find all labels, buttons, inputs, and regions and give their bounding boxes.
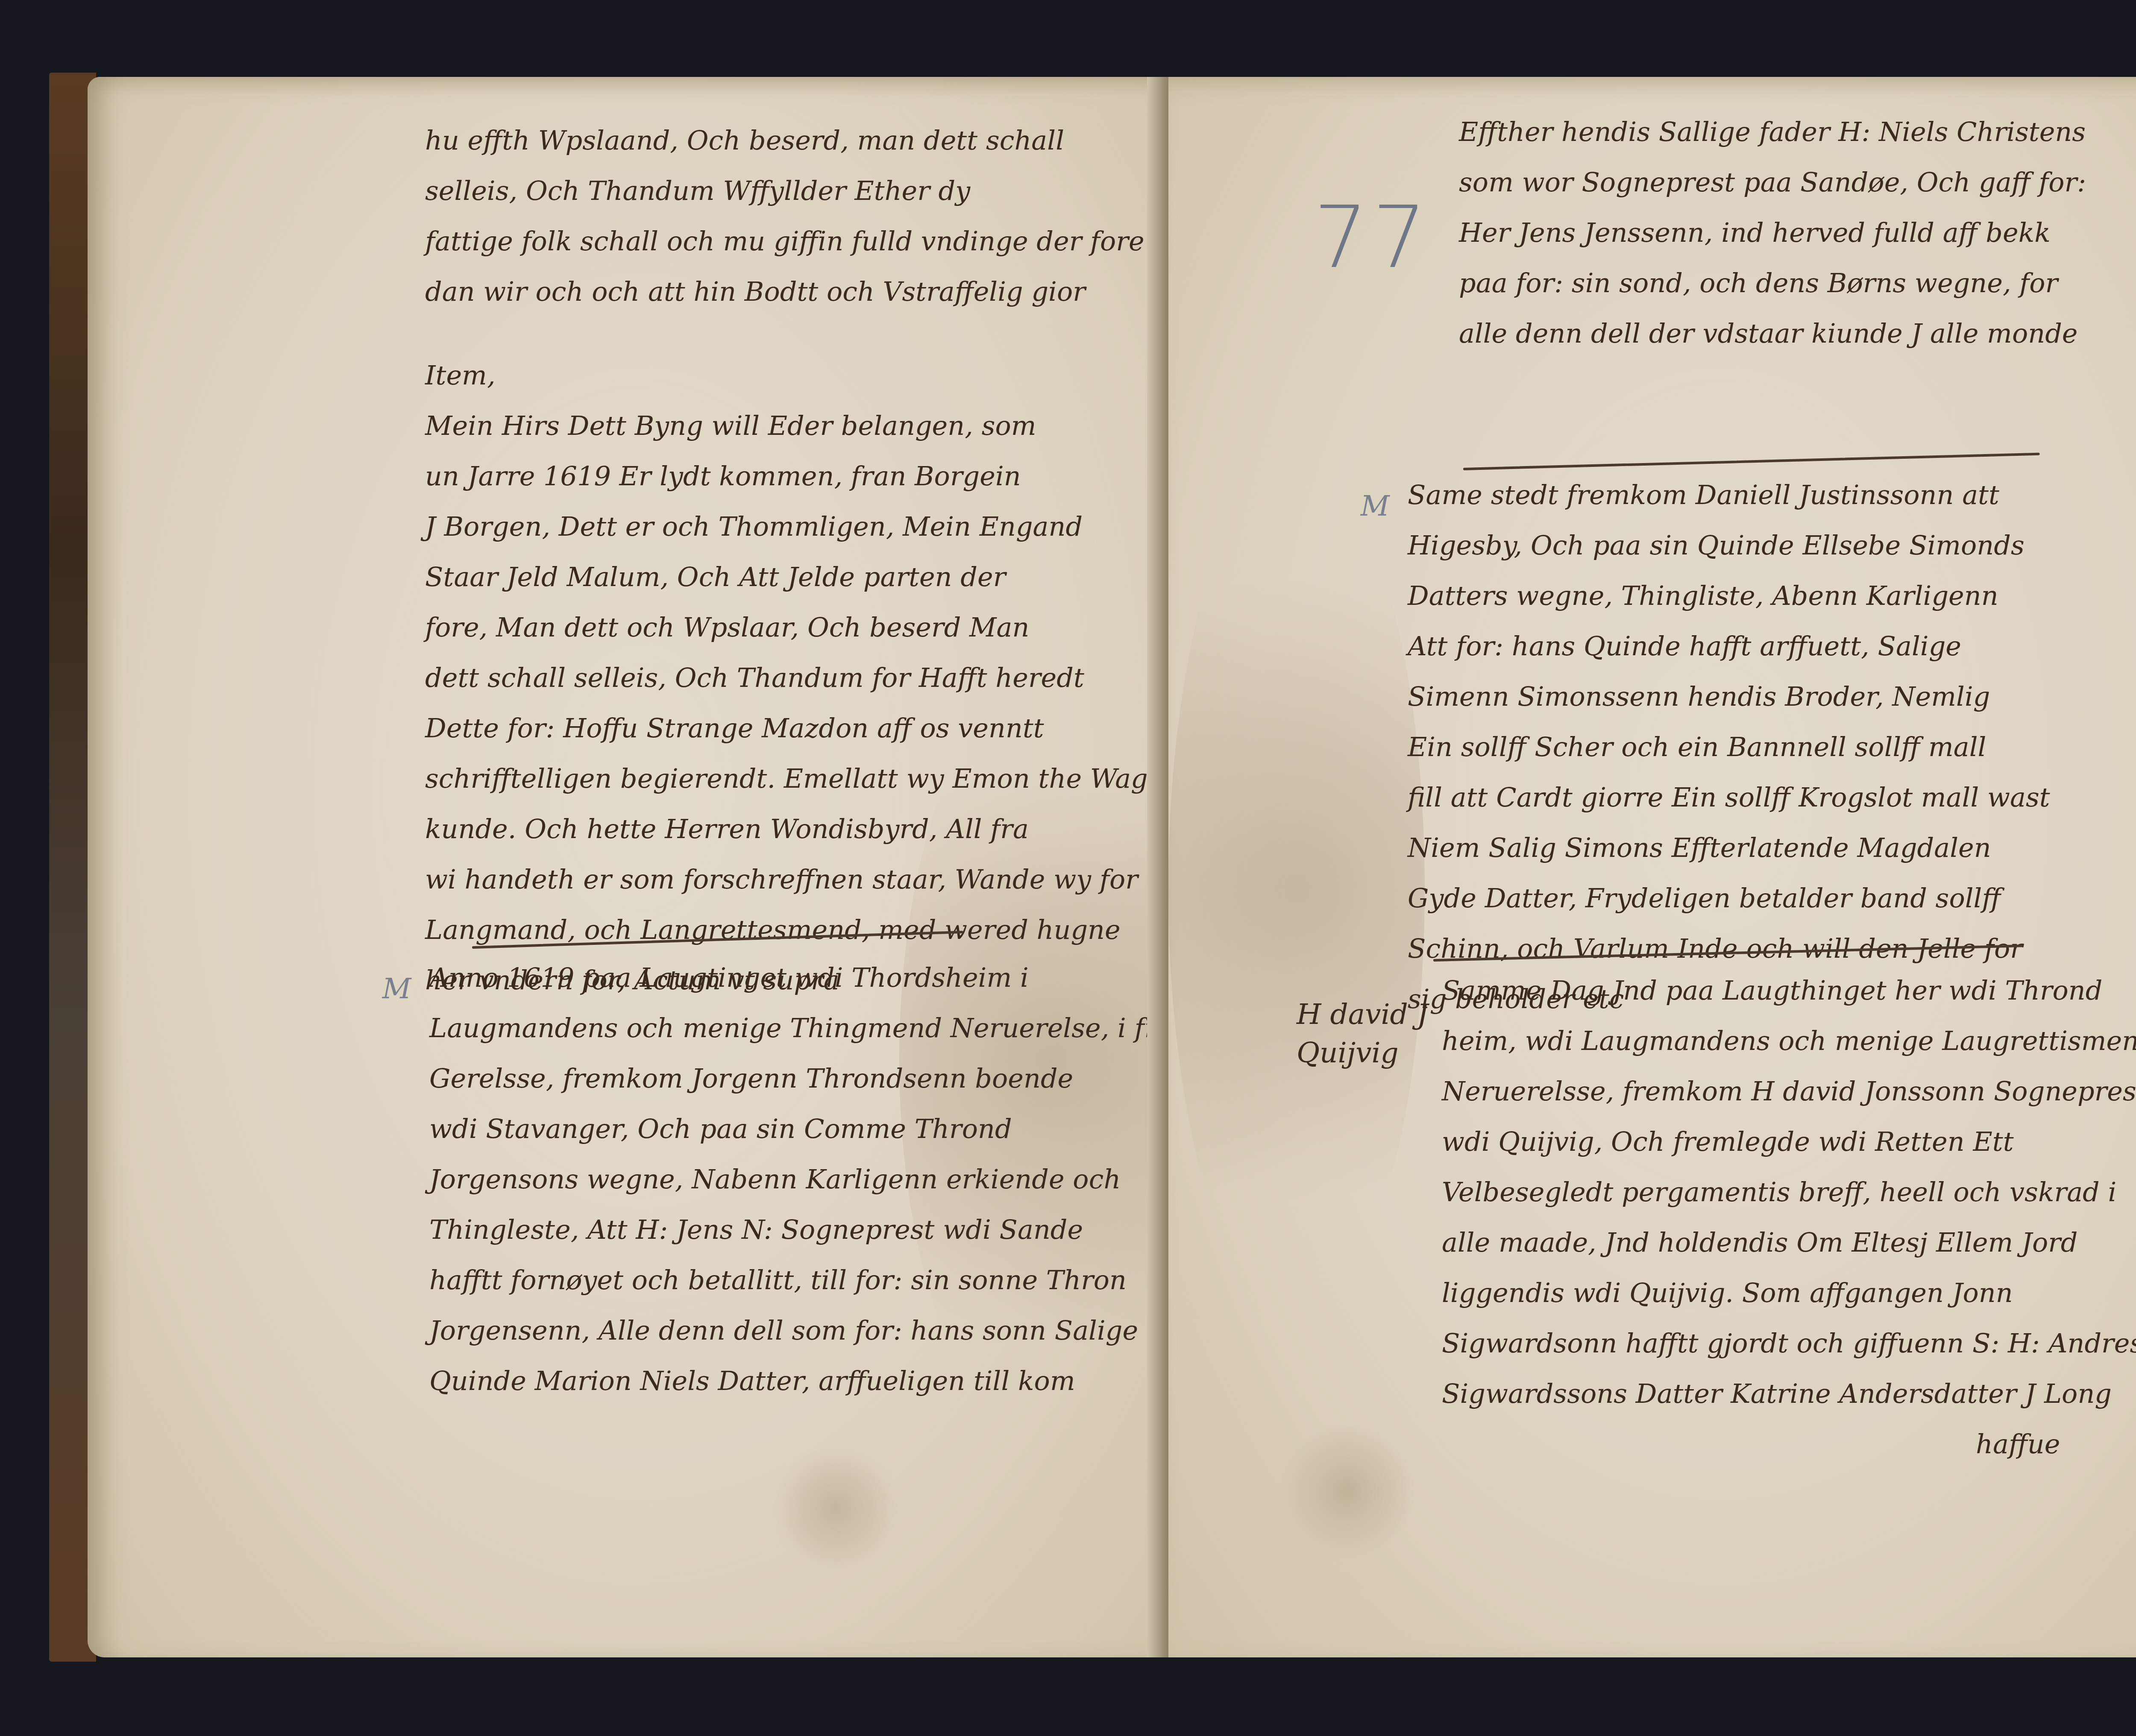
water-stain [1168, 461, 1425, 1316]
text-line: hafftt fornøyet och betallitt, till for:… [429, 1255, 1190, 1305]
text-line: Neruerelsse, fremkom H david Jonssonn So… [1442, 1066, 2136, 1117]
text-line: J Borgen, Dett er och Thommligen, Mein E… [425, 501, 1172, 552]
text-line: Gerelsse, fremkom Jorgenn Throndsenn boe… [429, 1053, 1190, 1104]
margin-note: M [382, 970, 411, 1008]
text-line: Niem Salig Simons Effterlatende Magdalen [1408, 823, 2050, 873]
water-stain [771, 1444, 899, 1572]
text-line: fill att Cardt giorre Ein sollff Krogslo… [1408, 772, 2050, 823]
water-stain [1279, 1422, 1416, 1559]
text-line: Ein sollff Scher och ein Bannnell sollff… [1408, 722, 2050, 772]
text-line: alle maade, Jnd holdendis Om Eltesj Elle… [1442, 1217, 2136, 1268]
text-line: Jorgensons wegne, Nabenn Karligenn erkie… [429, 1154, 1190, 1205]
text-line: Thingleste, Att H: Jens N: Sogneprest wd… [429, 1205, 1190, 1255]
text-line: Same stedt fremkom Daniell Justinssonn a… [1408, 470, 2050, 520]
text-line: Att for: hans Quinde hafft arffuett, Sal… [1408, 621, 2050, 672]
text-line: Jorgensenn, Alle denn dell som for: hans… [429, 1305, 1190, 1356]
folio-number: 77 [1314, 188, 1431, 287]
left-bottom-text: Anno 1619 paa Laugtinget wdi Thordsheim … [429, 953, 1190, 1406]
text-line: haffue [1442, 1419, 2136, 1469]
text-line: wi handeth er som forschreffnen staar, W… [425, 854, 1172, 905]
left-page: hu effth Wpslaand, Och beserd, man dett … [88, 77, 1194, 1657]
text-line: Anno 1619 paa Laugtinget wdi Thordsheim … [429, 953, 1190, 1003]
text-line: Staar Jeld Malum, Och Att Jelde parten d… [425, 552, 1172, 602]
text-line: liggendis wdi Quijvig. Som affgangen Jon… [1442, 1268, 2136, 1318]
text-line: Laugmandens och menige Thingmend Neruere… [429, 1003, 1190, 1053]
text-line: fore, Man dett och Wpslaar, Och beserd M… [425, 602, 1172, 653]
right-page: 77 Effther hendis Sallige fader H: Niels… [1168, 77, 2136, 1657]
text-line: alle denn dell der vdstaar kiunde J alle… [1459, 308, 2086, 359]
text-line: Simenn Simonssenn hendis Broder, Nemlig [1408, 672, 2050, 722]
open-book: hu effth Wpslaand, Och beserd, man dett … [49, 64, 2136, 1670]
text-line: Samme Dag Jnd paa Laugthinget her wdi Th… [1442, 965, 2136, 1016]
left-middle-text: Item, Mein Hirs Dett Byng will Eder bela… [425, 350, 1172, 1006]
text-line: heim, wdi Laugmandens och menige Laugret… [1442, 1016, 2136, 1066]
text-line: Mein Hirs Dett Byng will Eder belangen, … [425, 401, 1172, 451]
text-line: dan wir och och att hin Bodtt och Vstraf… [425, 267, 1144, 317]
margin-note-name: H david J Quijvig [1297, 995, 1428, 1072]
text-line: Sigwardsonn hafftt gjordt och giffuenn S… [1442, 1318, 2136, 1369]
text-line: selleis, Och Thandum Wffyllder Ether dy [425, 166, 1144, 216]
margin-note: M [1361, 487, 1390, 525]
text-line: Higesby, Och paa sin Quinde Ellsebe Simo… [1408, 520, 2050, 571]
right-middle-text: Same stedt fremkom Daniell Justinssonn a… [1408, 470, 2050, 1024]
section-divider [1463, 453, 2040, 470]
text-line: wdi Quijvig, Och fremlegde wdi Retten Et… [1442, 1117, 2136, 1167]
text-line: Datters wegne, Thingliste, Abenn Karlige… [1408, 571, 2050, 621]
text-line: wdi Stavanger, Och paa sin Comme Thrond [429, 1104, 1190, 1154]
text-line: Gyde Datter, Frydeligen betalder band so… [1408, 873, 2050, 924]
text-line: som wor Sogneprest paa Sandøe, Och gaff … [1459, 157, 2086, 208]
text-line: Langmand, och Langrettesmend, med wered … [425, 905, 1172, 955]
right-top-text: Effther hendis Sallige fader H: Niels Ch… [1459, 107, 2086, 359]
text-line: fattige folk schall och mu giffin fulld … [425, 216, 1144, 267]
text-line: Velbesegledt pergamentis breff, heell oc… [1442, 1167, 2136, 1217]
margin-line: Quijvig [1297, 1034, 1428, 1072]
text-line: dett schall selleis, Och Thandum for Haf… [425, 653, 1172, 703]
margin-line: H david J [1297, 995, 1428, 1034]
text-line: Dette for: Hoffu Strange Mazdon aff os v… [425, 703, 1172, 754]
text-line: paa for: sin sond, och dens Børns wegne,… [1459, 258, 2086, 308]
text-line: Her Jens Jenssenn, ind herved fulld aff … [1459, 208, 2086, 258]
text-line: Sigwardssons Datter Katrine Andersdatter… [1442, 1369, 2136, 1419]
left-top-text: hu effth Wpslaand, Och beserd, man dett … [425, 115, 1144, 317]
text-line: Effther hendis Sallige fader H: Niels Ch… [1459, 107, 2086, 157]
text-line: hu effth Wpslaand, Och beserd, man dett … [425, 115, 1144, 166]
right-bottom-text: Samme Dag Jnd paa Laugthinget her wdi Th… [1442, 965, 2136, 1469]
text-line: schrifftelligen begierendt. Emellatt wy … [425, 754, 1172, 804]
text-line: Quinde Marion Niels Datter, arffueligen … [429, 1356, 1190, 1406]
text-line: kunde. Och hette Herren Wondisbyrd, All … [425, 804, 1172, 854]
text-line: Item, [425, 350, 1172, 401]
text-line: un Jarre 1619 Er lydt kommen, fran Borge… [425, 451, 1172, 501]
